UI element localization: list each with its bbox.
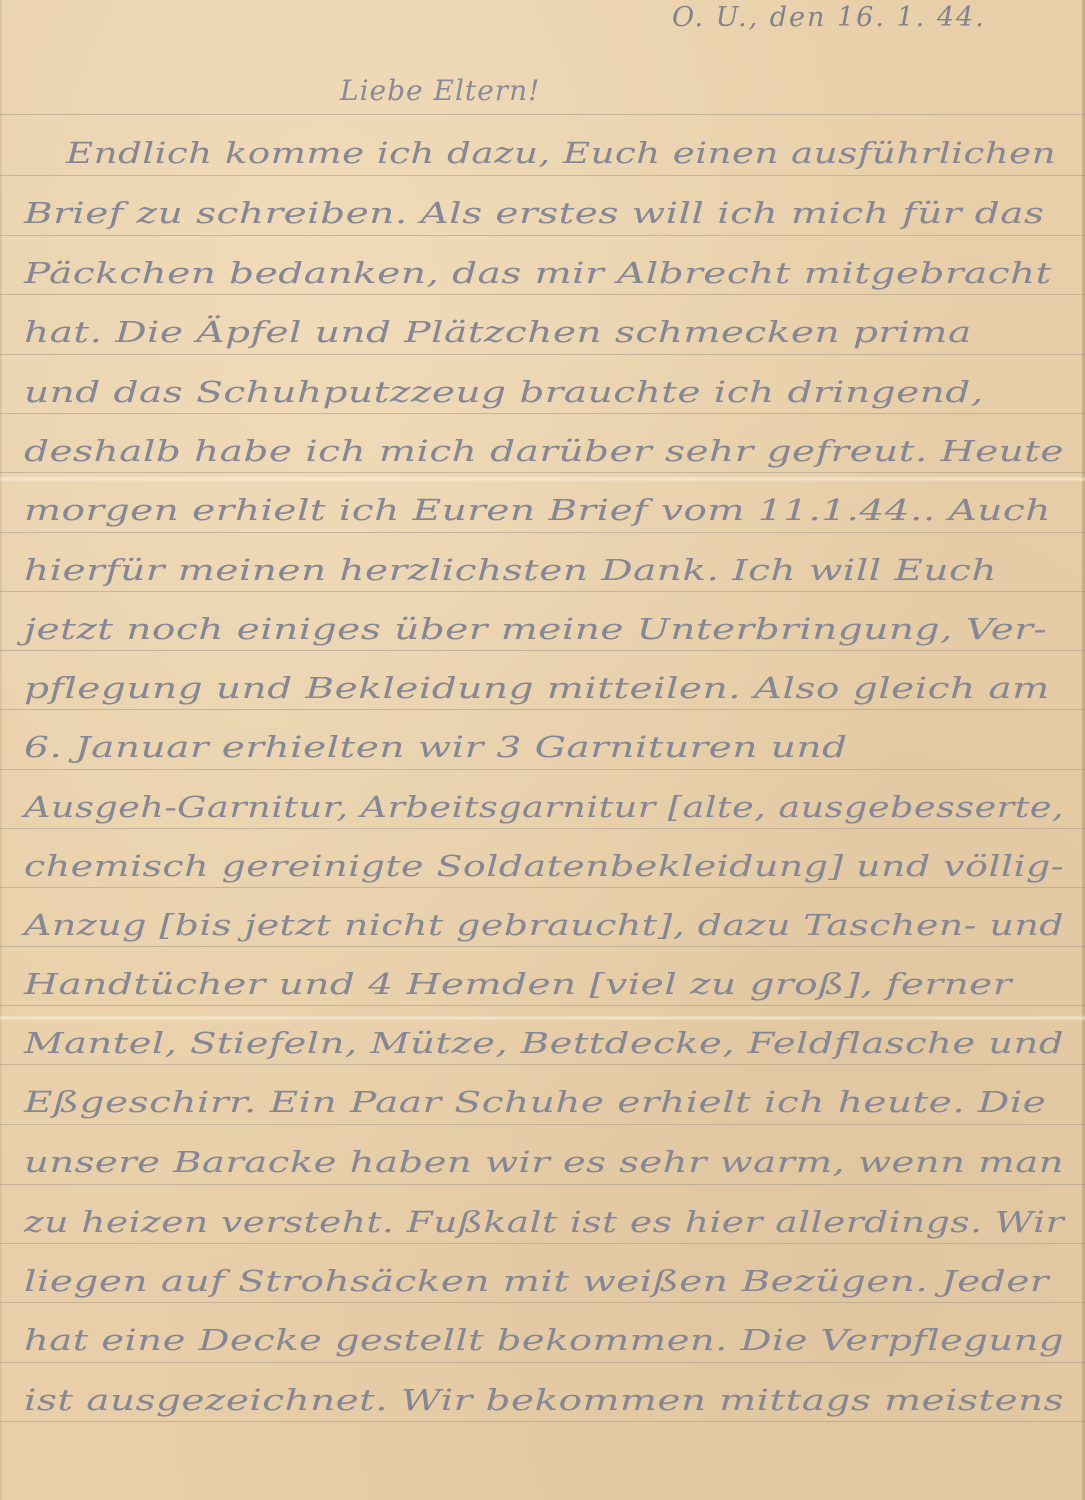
date-line: O. U., den 16. 1. 44. [672, 2, 986, 33]
letter-line: Handtücher und 4 Hemden [viel zu groß], … [24, 967, 1085, 1001]
letter-line: zu heizen versteht. Fußkalt ist es hier … [24, 1205, 1085, 1239]
letter-line: Endlich komme ich dazu, Euch einen ausfü… [66, 136, 1085, 170]
ruled-line [0, 413, 1085, 414]
letter-line: ist ausgezeichnet. Wir bekommen mittags … [24, 1383, 1085, 1417]
ruled-line [0, 769, 1085, 770]
ruled-line [0, 532, 1085, 533]
ruled-line [0, 946, 1085, 947]
letter-line: Mantel, Stiefeln, Mütze, Bettdecke, Feld… [24, 1026, 1085, 1060]
ruled-line [0, 591, 1085, 592]
ruled-line [0, 472, 1085, 473]
letter-line: hierfür meinen herzlichsten Dank. Ich wi… [24, 553, 1085, 587]
ruled-line [0, 709, 1085, 710]
letter-line: unsere Baracke haben wir es sehr warm, w… [24, 1145, 1085, 1179]
letter-line: morgen erhielt ich Euren Brief vom 11.1.… [24, 493, 1085, 527]
salutation: Liebe Eltern! [340, 74, 540, 107]
letter-line: 6. Januar erhielten wir 3 Garnituren und [24, 730, 1085, 764]
ruled-line [0, 650, 1085, 651]
letter-line: hat. Die Äpfel und Plätzchen schmecken p… [24, 315, 1085, 349]
letter-line: und das Schuhputzzeug brauchte ich dring… [24, 375, 1085, 409]
ruled-line [0, 1124, 1085, 1125]
letter-line: Ausgeh-Garnitur, Arbeitsgarnitur [alte, … [24, 790, 1085, 824]
ruled-line [0, 1005, 1085, 1006]
ruled-line [0, 828, 1085, 829]
ruled-line [0, 1243, 1085, 1244]
ruled-line [0, 1421, 1085, 1422]
paper-fold [0, 476, 1085, 482]
ruled-line [0, 1064, 1085, 1065]
ruled-line [0, 1362, 1085, 1363]
letter-line: Anzug [bis jetzt nicht gebraucht], dazu … [24, 908, 1085, 942]
letter-line: deshalb habe ich mich darüber sehr gefre… [24, 434, 1085, 468]
ruled-line [0, 887, 1085, 888]
letter-line: jetzt noch einiges über meine Unterbring… [24, 612, 1085, 646]
ruled-line [0, 294, 1085, 295]
ruled-line [0, 1302, 1085, 1303]
ruled-line [0, 354, 1085, 355]
letter-line: chemisch gereinigte Soldatenbekleidung] … [24, 849, 1085, 883]
letter-line: pflegung und Bekleidung mitteilen. Also … [24, 671, 1085, 705]
ruled-line [0, 114, 1085, 115]
ruled-line [0, 175, 1085, 176]
ruled-line [0, 235, 1085, 236]
ruled-line [0, 1184, 1085, 1185]
letter-line: liegen auf Strohsäcken mit weißen Bezüge… [24, 1264, 1085, 1298]
letter-line: hat eine Decke gestellt bekommen. Die Ve… [24, 1323, 1085, 1357]
letter-line: Eßgeschirr. Ein Paar Schuhe erhielt ich … [24, 1085, 1085, 1119]
letter-line: Päckchen bedanken, das mir Albrecht mitg… [24, 256, 1085, 290]
letter-page: O. U., den 16. 1. 44. Liebe Eltern! Endl… [0, 0, 1085, 1500]
paper-fold [0, 1015, 1085, 1021]
letter-line: Brief zu schreiben. Als erstes will ich … [24, 196, 1085, 230]
